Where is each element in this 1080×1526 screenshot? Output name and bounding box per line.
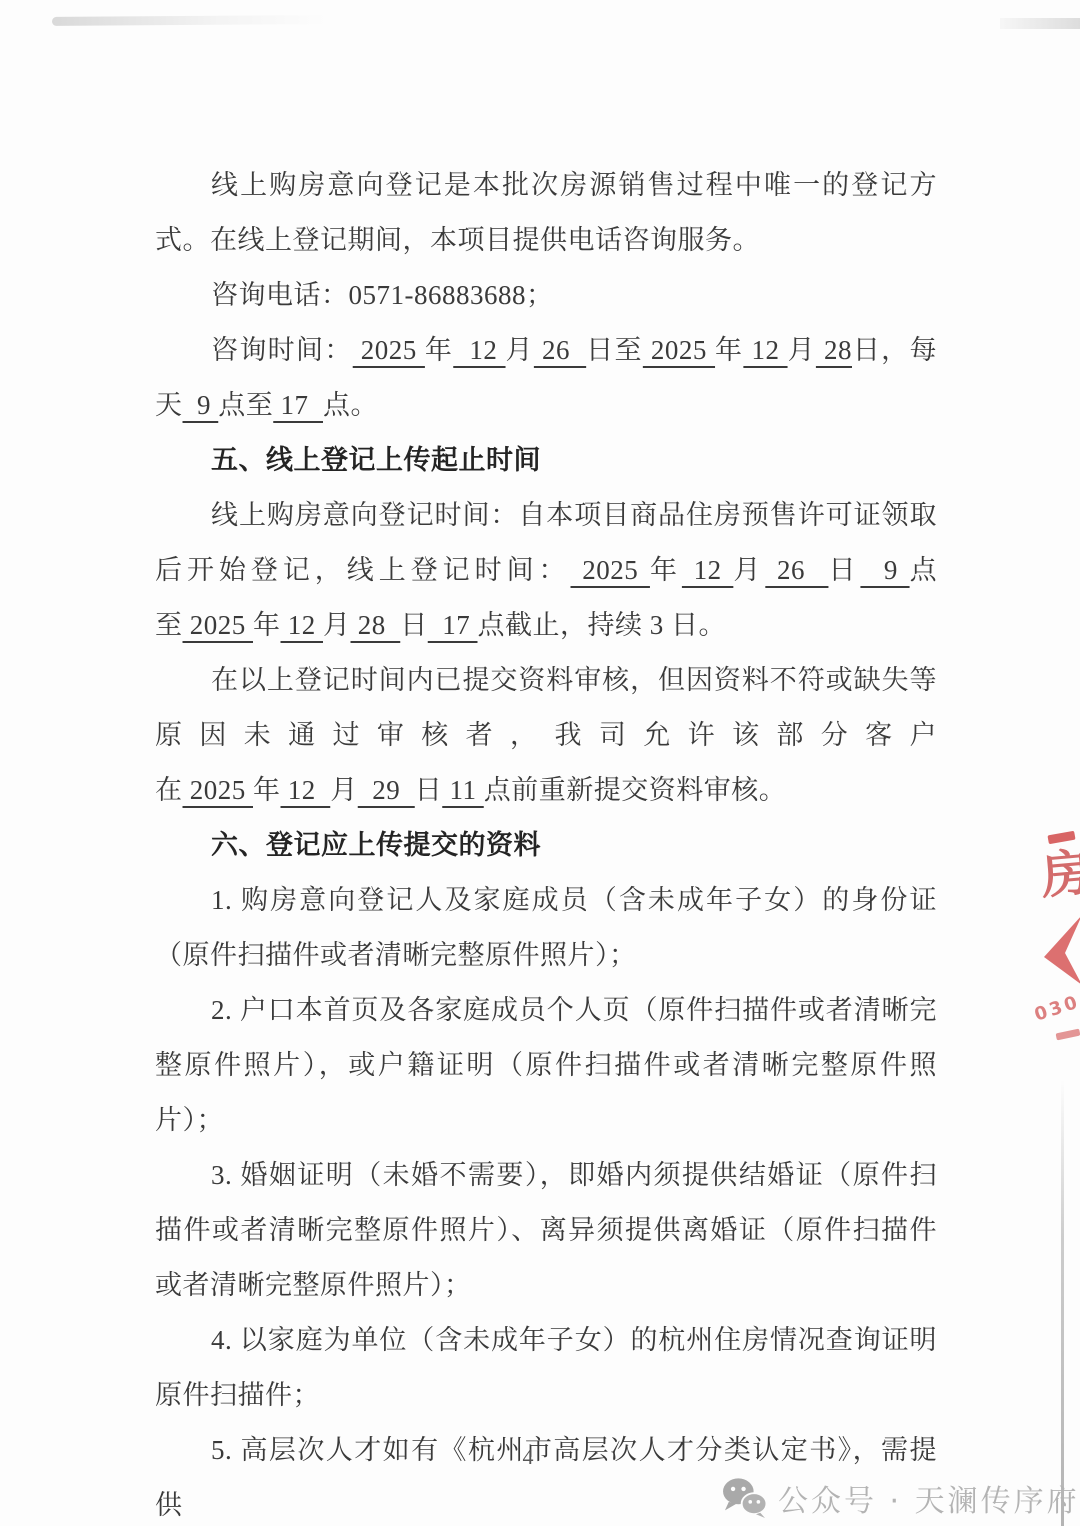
fill-in-blank: 28 xyxy=(816,335,852,365)
text-segment: 月 xyxy=(323,610,351,640)
text-segment: 2. 户口本首页及各家庭成员个人页（原件扫描件或者清晰完整原件照片），或户籍证明… xyxy=(155,995,937,1135)
scan-streak-artifact xyxy=(52,15,327,26)
doc-paragraph: 在以上登记时间内已提交资料审核，但因资料不符或缺失等原因未通过审核者，我司允许该… xyxy=(155,653,937,818)
fill-in-blank: 9 xyxy=(860,555,909,585)
fill-in-blank: 12 xyxy=(453,335,505,365)
wechat-watermark: 公众号 · 天澜传序府 xyxy=(722,1476,1080,1520)
fill-in-blank: 9 xyxy=(183,390,219,420)
seal-star-point-icon xyxy=(1038,913,1080,987)
scan-streak-artifact xyxy=(1000,18,1080,29)
section-heading: 六、登记应上传提交的资料 xyxy=(155,818,937,873)
text-segment: 日至 xyxy=(586,335,643,365)
text-segment: 年 xyxy=(650,555,682,585)
seal-fragment-dash xyxy=(1056,1029,1080,1041)
text-segment: 点截止，持续 3 日。 xyxy=(478,610,727,640)
text-segment: 年 xyxy=(253,610,281,640)
text-segment: 月 xyxy=(506,335,534,365)
doc-paragraph: 4. 以家庭为单位（含未成年子女）的杭州住房情况查询证明原件扫描件； xyxy=(155,1313,937,1423)
text-segment: 六、登记应上传提交的资料 xyxy=(211,830,541,860)
fill-in-blank: 2025 xyxy=(571,555,650,585)
text-segment: 月 xyxy=(733,555,765,585)
text-segment: 月 xyxy=(788,335,816,365)
seal-partial-digits: 030 xyxy=(1032,991,1080,1025)
text-segment: 日 xyxy=(828,555,860,585)
fill-in-blank: 12 xyxy=(281,610,324,640)
doc-paragraph: 线上购房意向登记是本批次房源销售过程中唯一的登记方式。在线上登记期间，本项目提供… xyxy=(155,158,937,268)
fill-in-blank: 12 xyxy=(743,335,787,365)
fill-in-blank: 12 xyxy=(281,775,331,805)
doc-paragraph: 线上购房意向登记时间：自本项目商品住房预售许可证领取后开始登记，线上登记时间： … xyxy=(155,488,937,653)
text-segment: 年 xyxy=(715,335,743,365)
text-segment: 日 xyxy=(415,775,443,805)
fill-in-blank: 12 xyxy=(682,555,733,585)
wechat-account-label: 公众号 · 天澜传序府 xyxy=(778,1476,1080,1520)
doc-paragraph: 咨询时间： 2025 年 12 月 26 日至 2025 年 12 月 28日，… xyxy=(155,323,937,433)
fill-in-blank: 17 xyxy=(428,610,478,640)
wechat-icon xyxy=(722,1477,768,1519)
text-segment: 线上购房意向登记是本批次房源销售过程中唯一的登记方式。在线上登记期间，本项目提供… xyxy=(155,170,937,255)
doc-paragraph: 2. 户口本首页及各家庭成员个人页（原件扫描件或者清晰完整原件照片），或户籍证明… xyxy=(155,983,937,1148)
text-segment: 咨询时间： xyxy=(211,335,353,365)
fill-in-blank: 11 xyxy=(442,775,484,805)
text-segment: 日 xyxy=(400,610,428,640)
paper-edge-shadow xyxy=(1061,1080,1064,1526)
text-segment: 点至 xyxy=(218,390,273,420)
text-segment: 点前重新提交资料审核。 xyxy=(484,775,787,805)
doc-paragraph: 1. 购房意向登记人及家庭成员（含未成年子女）的身份证（原件扫描件或者清晰完整原… xyxy=(155,873,937,983)
text-segment: 1. 购房意向登记人及家庭成员（含未成年子女）的身份证（原件扫描件或者清晰完整原… xyxy=(155,885,937,970)
text-segment: 月 xyxy=(330,775,358,805)
doc-paragraph: 咨询电话：0571-86883688； xyxy=(155,268,937,323)
fill-in-blank: 28 xyxy=(351,610,401,640)
text-segment: 年 xyxy=(425,335,453,365)
doc-paragraph: 3. 婚姻证明（未婚不需要），即婚内须提供结婚证（原件扫描件或者清晰完整原件照片… xyxy=(155,1148,937,1313)
text-segment: 3. 婚姻证明（未婚不需要），即婚内须提供结婚证（原件扫描件或者清晰完整原件照片… xyxy=(155,1160,937,1300)
fill-in-blank: 26 xyxy=(765,555,828,585)
text-segment: 点。 xyxy=(323,390,378,420)
fill-in-blank: 2025 xyxy=(183,610,254,640)
seal-fragment-dash xyxy=(1047,831,1075,845)
page-number: 4 xyxy=(0,1444,1056,1470)
text-segment: 五、线上登记上传起止时间 xyxy=(211,445,541,475)
fill-in-blank: 29 xyxy=(358,775,415,805)
text-segment: 4. 以家庭为单位（含未成年子女）的杭州住房情况查询证明原件扫描件； xyxy=(155,1325,937,1410)
seal-partial-character: 房 xyxy=(1039,843,1080,904)
fill-in-blank: 26 xyxy=(534,335,586,365)
fill-in-blank: 2025 xyxy=(183,775,254,805)
text-segment: 咨询电话：0571-86883688； xyxy=(211,280,554,310)
section-heading: 五、线上登记上传起止时间 xyxy=(155,433,937,488)
scanned-document-page: 线上购房意向登记是本批次房源销售过程中唯一的登记方式。在线上登记期间，本项目提供… xyxy=(0,0,1080,1526)
fill-in-blank: 17 xyxy=(273,390,323,420)
document-body: 线上购房意向登记是本批次房源销售过程中唯一的登记方式。在线上登记期间，本项目提供… xyxy=(155,158,937,1526)
fill-in-blank: 2025 xyxy=(643,335,715,365)
fill-in-blank: 2025 xyxy=(353,335,425,365)
text-segment: 年 xyxy=(253,775,281,805)
